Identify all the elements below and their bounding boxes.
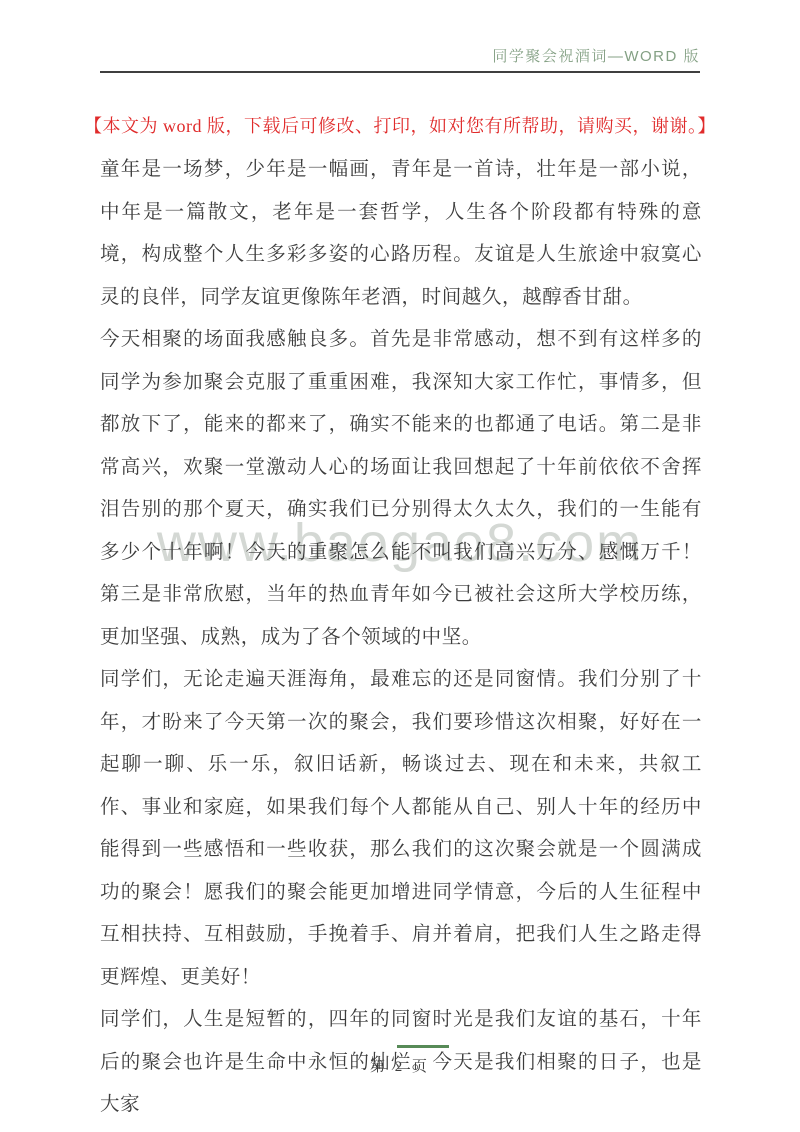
paragraph: 同学们，无论走遍天涯海角，最难忘的还是同窗情。我们分别了十年，才盼来了今天第一次… xyxy=(100,659,702,999)
paragraph: 同学们，人生是短暂的，四年的同窗时光是我们友谊的基石，十年后的聚会也许是生命中永… xyxy=(100,999,702,1127)
paragraph: 童年是一场梦，少年是一幅画，青年是一首诗，壮年是一部小说，中年是一篇散文，老年是… xyxy=(100,149,702,319)
notice-text: 【本文为 word 版，下载后可修改、打印，如对您有所帮助，请购买，谢谢。】 xyxy=(0,112,800,138)
page-header: 同学聚会祝酒词—WORD 版 xyxy=(100,0,700,73)
header-title: 同学聚会祝酒词—WORD 版 xyxy=(492,45,700,66)
document-page: { "document": { "header": { "title": "同学… xyxy=(0,0,800,1132)
document-body: 童年是一场梦，少年是一幅画，青年是一首诗，壮年是一部小说，中年是一篇散文，老年是… xyxy=(100,149,702,1127)
paragraph: 今天相聚的场面我感触良多。首先是非常感动，想不到有这样多的同学为参加聚会克服了重… xyxy=(100,319,702,659)
